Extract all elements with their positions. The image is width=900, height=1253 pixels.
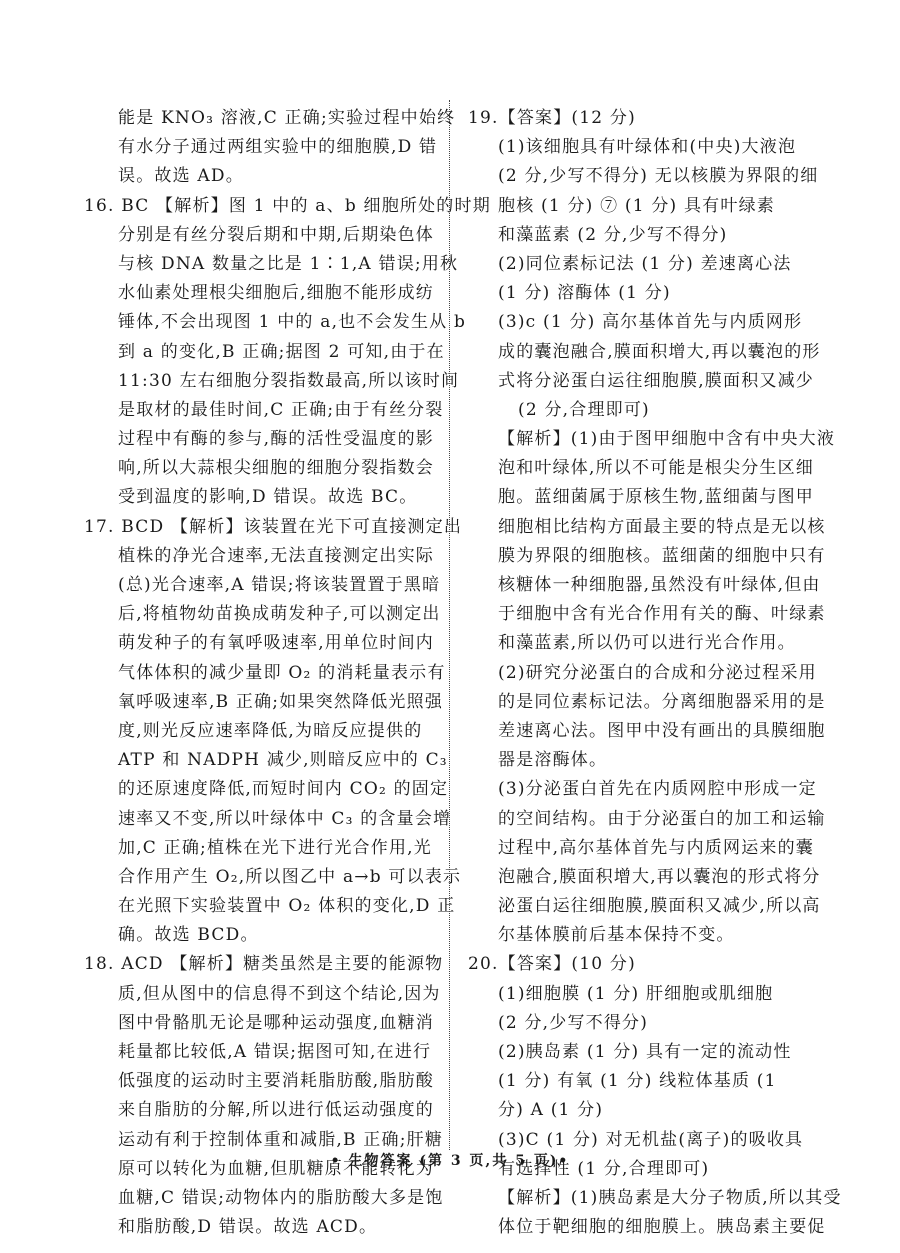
text-line: 氧呼吸速率,B 正确;如果突然降低光照强 — [84, 688, 436, 717]
text-line: 19.【答案】(12 分) — [468, 104, 840, 133]
text-line: 和藻蓝素 (2 分,少写不得分) — [468, 221, 840, 250]
text-line: 泡融合,膜面积增大,再以囊泡的形式将分 — [468, 863, 840, 892]
text-line: (1)细胞膜 (1 分) 肝细胞或肌细胞 — [468, 980, 840, 1009]
text-line: 【解析】(1)胰岛素是大分子物质,所以其受 — [468, 1184, 840, 1213]
text-line: 图中骨骼肌无论是哪种运动强度,血糖消 — [84, 1009, 436, 1038]
text-line: 17. BCD 【解析】该装置在光下可直接测定出 — [84, 513, 436, 542]
text-line: 误。故选 AD。 — [84, 162, 436, 191]
text-line: 20.【答案】(10 分) — [468, 950, 840, 979]
right-column: 19.【答案】(12 分)(1)该细胞具有叶绿体和(中央)大液泡(2 分,少写不… — [468, 104, 840, 1242]
text-line: (1)该细胞具有叶绿体和(中央)大液泡 — [468, 133, 840, 162]
text-line: 植株的净光合速率,无法直接测定出实际 — [84, 542, 436, 571]
text-line: 到 a 的变化,B 正确;据图 2 可知,由于在 — [84, 338, 436, 367]
text-line: 过程中,高尔基体首先与内质网运来的囊 — [468, 834, 840, 863]
left-column: 能是 KNO₃ 溶液,C 正确;实验过程中始终有水分子通过两组实验中的细胞膜,D… — [84, 104, 436, 1242]
text-line: 低强度的运动时主要消耗脂肪酸,脂肪酸 — [84, 1067, 436, 1096]
text-line: 体位于靶细胞的细胞膜上。胰岛素主要促 — [468, 1213, 840, 1242]
text-line: 细胞相比结构方面最主要的特点是无以核 — [468, 513, 840, 542]
text-line: 速率又不变,所以叶绿体中 C₃ 的含量会增 — [84, 805, 436, 834]
text-line: 质,但从图中的信息得不到这个结论,因为 — [84, 980, 436, 1009]
text-line: 过程中有酶的参与,酶的活性受温度的影 — [84, 425, 436, 454]
text-line: 受到温度的影响,D 错误。故选 BC。 — [84, 483, 436, 512]
text-line: 成的囊泡融合,膜面积增大,再以囊泡的形 — [468, 338, 840, 367]
text-line: 差速离心法。图甲中没有画出的具膜细胞 — [468, 717, 840, 746]
text-line: (2 分,少写不得分) — [468, 1009, 840, 1038]
text-line: ATP 和 NADPH 减少,则暗反应中的 C₃ — [84, 746, 436, 775]
text-line: 锤体,不会出现图 1 中的 a,也不会发生从 b — [84, 308, 436, 337]
text-line: 尔基体膜前后基本保持不变。 — [468, 921, 840, 950]
text-line: 加,C 正确;植株在光下进行光合作用,光 — [84, 834, 436, 863]
text-line: (2 分,合理即可) — [468, 396, 840, 425]
text-line: 和脂肪酸,D 错误。故选 ACD。 — [84, 1213, 436, 1242]
text-line: (3)c (1 分) 高尔基体首先与内质网形 — [468, 308, 840, 337]
text-line: 响,所以大蒜根尖细胞的细胞分裂指数会 — [84, 454, 436, 483]
text-line: 16. BC 【解析】图 1 中的 a、b 细胞所处的时期 — [84, 192, 436, 221]
column-divider — [449, 100, 450, 1150]
text-line: 11:30 左右细胞分裂指数最高,所以该时间 — [84, 367, 436, 396]
text-line: 器是溶酶体。 — [468, 746, 840, 775]
text-line: 分) A (1 分) — [468, 1096, 840, 1125]
text-line: 后,将植物幼苗换成萌发种子,可以测定出 — [84, 600, 436, 629]
text-line: 来自脂肪的分解,所以进行低运动强度的 — [84, 1096, 436, 1125]
text-line: (2)同位素标记法 (1 分) 差速离心法 — [468, 250, 840, 279]
text-line: 和藻蓝素,所以仍可以进行光合作用。 — [468, 629, 840, 658]
text-line: 合作用产生 O₂,所以图乙中 a→b 可以表示 — [84, 863, 436, 892]
text-line: 萌发种子的有氧呼吸速率,用单位时间内 — [84, 629, 436, 658]
text-line: (3)分泌蛋白首先在内质网腔中形成一定 — [468, 775, 840, 804]
text-line: 【解析】(1)由于图甲细胞中含有中央大液 — [468, 425, 840, 454]
text-line: 胞核 (1 分) ⑦ (1 分) 具有叶绿素 — [468, 192, 840, 221]
text-line: 于细胞中含有光合作用有关的酶、叶绿素 — [468, 600, 840, 629]
text-line: (2)胰岛素 (1 分) 具有一定的流动性 — [468, 1038, 840, 1067]
text-line: 泡和叶绿体,所以不可能是根尖分生区细 — [468, 454, 840, 483]
text-line: 气体体积的减少量即 O₂ 的消耗量表示有 — [84, 659, 436, 688]
text-line: 的空间结构。由于分泌蛋白的加工和运输 — [468, 805, 840, 834]
text-line: (1 分) 有氧 (1 分) 线粒体基质 (1 — [468, 1067, 840, 1096]
text-line: 胞。蓝细菌属于原核生物,蓝细菌与图甲 — [468, 483, 840, 512]
text-line: 水仙素处理根尖细胞后,细胞不能形成纺 — [84, 279, 436, 308]
text-line: 耗量都比较低,A 错误;据图可知,在进行 — [84, 1038, 436, 1067]
text-line: 18. ACD 【解析】糖类虽然是主要的能源物 — [84, 950, 436, 979]
text-line: 能是 KNO₃ 溶液,C 正确;实验过程中始终 — [84, 104, 436, 133]
text-line: (2)研究分泌蛋白的合成和分泌过程采用 — [468, 659, 840, 688]
text-line: 核糖体一种细胞器,虽然没有叶绿体,但由 — [468, 571, 840, 600]
text-line: 在光照下实验装置中 O₂ 体积的变化,D 正 — [84, 892, 436, 921]
text-line: 是取材的最佳时间,C 正确;由于有丝分裂 — [84, 396, 436, 425]
text-line: 与核 DNA 数量之比是 1∶1,A 错误;用秋 — [84, 250, 436, 279]
text-line: (1 分) 溶酶体 (1 分) — [468, 279, 840, 308]
page-footer: • 生物答案 (第 3 页,共 5 页)• — [0, 1150, 900, 1170]
text-line: 膜为界限的细胞核。蓝细菌的细胞中只有 — [468, 542, 840, 571]
text-line: 度,则光反应速率降低,为暗反应提供的 — [84, 717, 436, 746]
text-line: 有水分子通过两组实验中的细胞膜,D 错 — [84, 133, 436, 162]
text-line: 的还原速度降低,而短时间内 CO₂ 的固定 — [84, 775, 436, 804]
text-line: 确。故选 BCD。 — [84, 921, 436, 950]
text-line: 式将分泌蛋白运往细胞膜,膜面积又减少 — [468, 367, 840, 396]
text-line: 泌蛋白运往细胞膜,膜面积又减少,所以高 — [468, 892, 840, 921]
text-line: (总)光合速率,A 错误;将该装置置于黑暗 — [84, 571, 436, 600]
text-line: (2 分,少写不得分) 无以核膜为界限的细 — [468, 162, 840, 191]
text-line: 血糖,C 错误;动物体内的脂肪酸大多是饱 — [84, 1184, 436, 1213]
text-line: 分别是有丝分裂后期和中期,后期染色体 — [84, 221, 436, 250]
text-line: 的是同位素标记法。分离细胞器采用的是 — [468, 688, 840, 717]
